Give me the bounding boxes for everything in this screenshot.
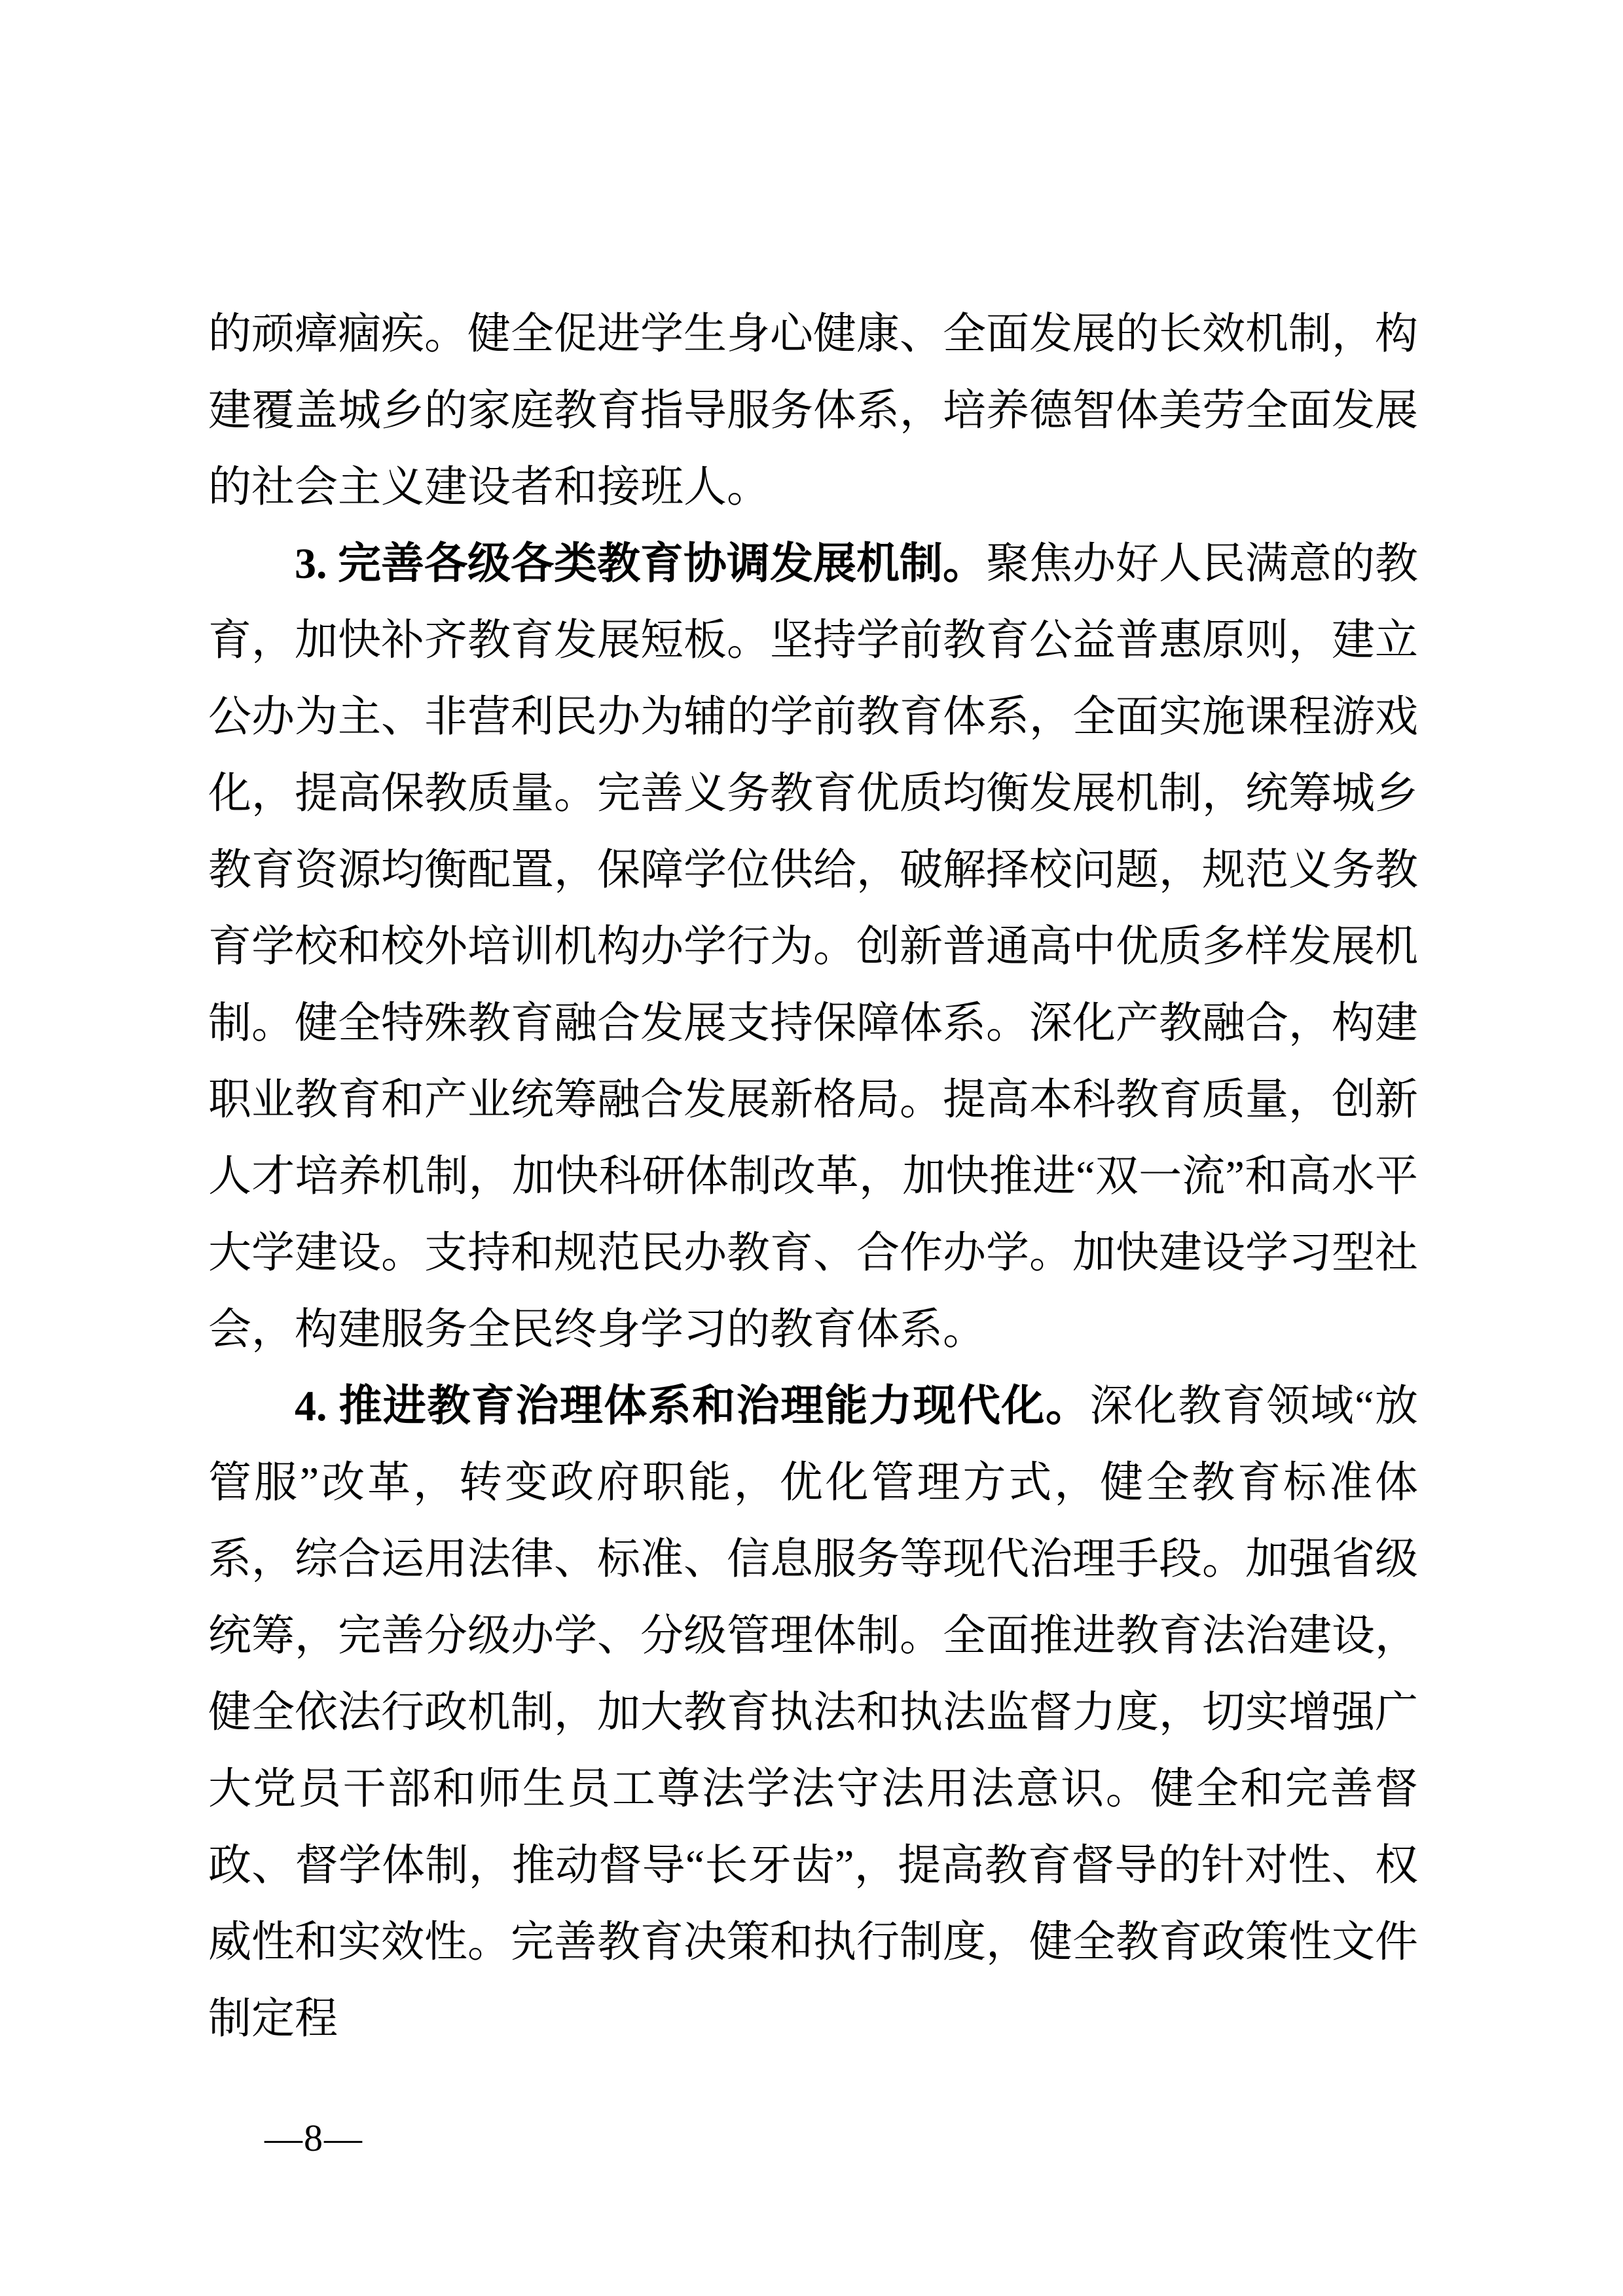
body-paragraph-item-4: 4. 推进教育治理体系和治理能力现代化。深化教育领域“放管服”改革，转变政府职能… (208, 1368, 1418, 2057)
body-paragraph-continuation: 的顽瘴痼疾。健全促进学生身心健康、全面发展的长效机制，构建覆盖城乡的家庭教育指导… (208, 296, 1418, 526)
paragraph-text: 的顽瘴痼疾。健全促进学生身心健康、全面发展的长效机制，构建覆盖城乡的家庭教育指导… (208, 310, 1418, 511)
page-number: —8— (264, 2115, 363, 2161)
document-page: 的顽瘴痼疾。健全促进学生身心健康、全面发展的长效机制，构建覆盖城乡的家庭教育指导… (0, 0, 1623, 2296)
paragraph-text: 深化教育领域“放管服”改革，转变政府职能，优化管理方式，健全教育标准体系，综合运… (208, 1382, 1418, 2043)
document-body: 的顽瘴痼疾。健全促进学生身心健康、全面发展的长效机制，构建覆盖城乡的家庭教育指导… (208, 296, 1418, 2057)
paragraph-lead: 3. 完善各级各类教育协调发展机制。 (295, 540, 986, 588)
paragraph-lead: 4. 推进教育治理体系和治理能力现代化。 (295, 1382, 1089, 1430)
body-paragraph-item-3: 3. 完善各级各类教育协调发展机制。聚焦办好人民满意的教育，加快补齐教育发展短板… (208, 526, 1418, 1368)
paragraph-text: 聚焦办好人民满意的教育，加快补齐教育发展短板。坚持学前教育公益普惠原则，建立公办… (208, 540, 1418, 1354)
